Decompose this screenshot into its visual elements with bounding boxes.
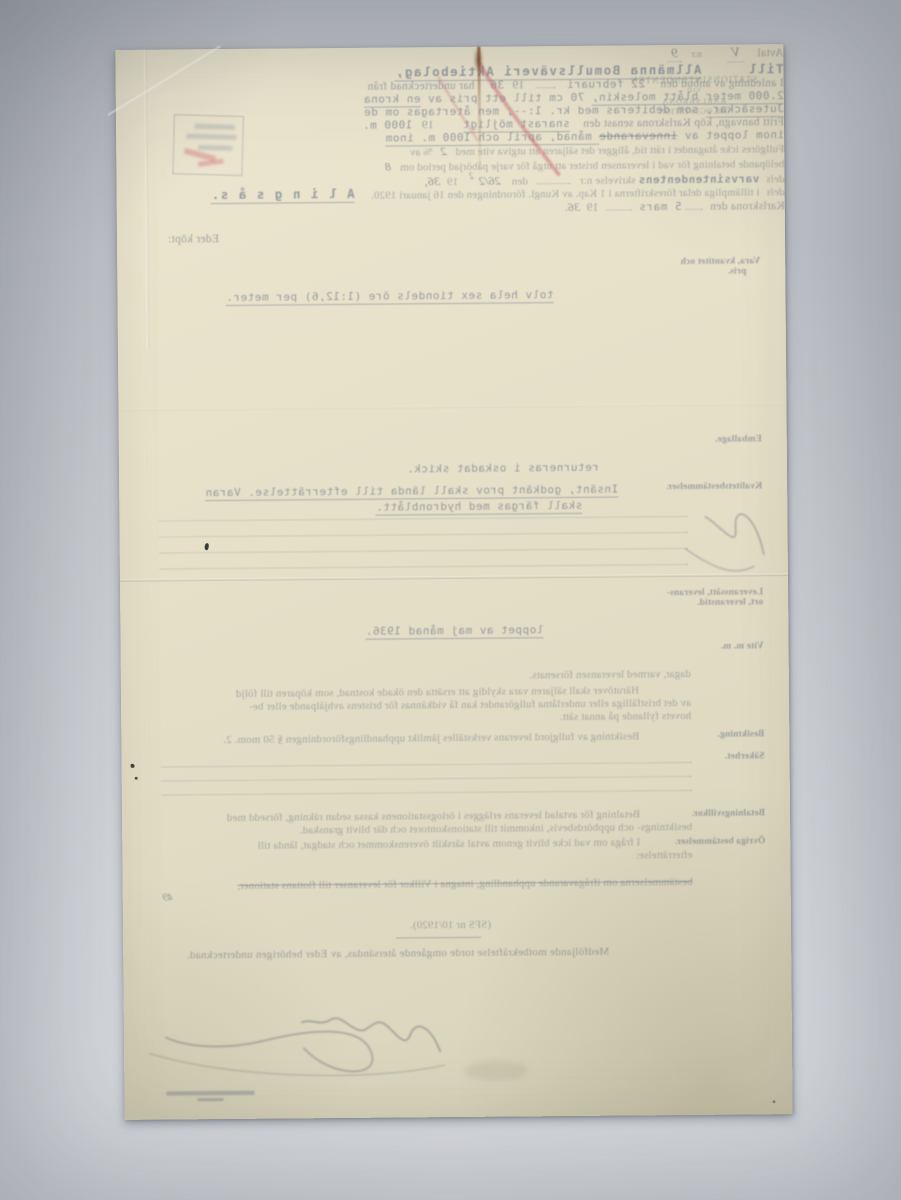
ink-speck [135, 777, 138, 780]
initials-mark [115, 44, 792, 1122]
photo-background: STATIONSINTENDENTEN VID KARLSKRONA ÖRLOG… [0, 0, 901, 1200]
ink-speck [131, 764, 135, 768]
document-paper: STATIONSINTENDENTEN VID KARLSKRONA ÖRLOG… [115, 44, 792, 1120]
printers-mark [166, 1091, 254, 1102]
showthrough-layer: STATIONSINTENDENTEN VID KARLSKRONA ÖRLOG… [115, 44, 792, 1120]
ink-speck [773, 1100, 776, 1103]
stain-blob [473, 45, 483, 75]
